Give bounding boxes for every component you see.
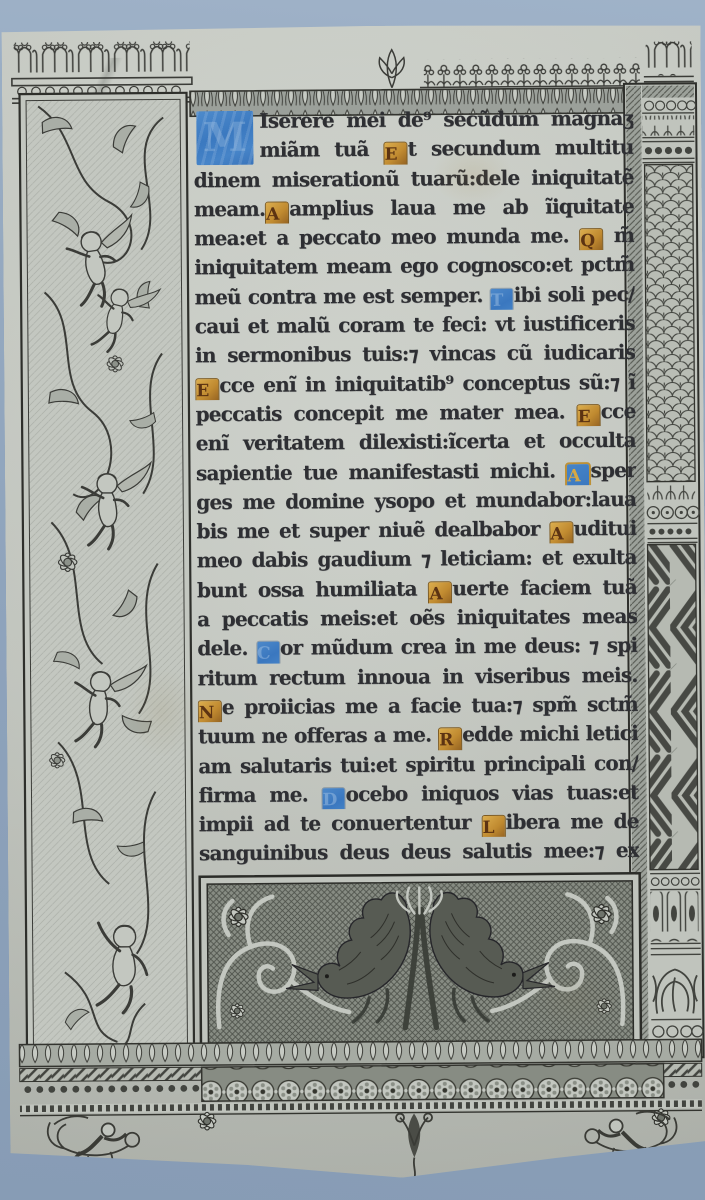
text-segment: t secundum multitu <box>407 135 633 161</box>
text-line: mea:et a peccato meo munda me. Q m̃ <box>194 221 634 254</box>
text-segment: amplius laua me ab ĩiquitate <box>289 194 634 221</box>
text-line: impii ad te conuertentur Libera me de <box>199 807 639 840</box>
text-segment: meũ contra me est semper. <box>195 283 490 309</box>
text-segment: sper <box>590 457 636 481</box>
text-line: Iserere mei de⁹ secũdum magnaʒ <box>193 104 633 137</box>
illuminated-initial: L <box>483 816 505 840</box>
text-line: bis me et super niuẽ dealbabor Auditui <box>196 514 636 547</box>
left-border-foliage-putti <box>18 91 196 1056</box>
text-line: firma me. Docebo iniquos vias tuas:et <box>198 778 638 811</box>
text-segment: bunt ossa humiliata <box>197 576 429 602</box>
text-line: ritum rectum innoua in viseribus meis. <box>197 660 637 693</box>
text-segment: ges me domine ysopo et mundabor:laua <box>196 487 636 514</box>
text-segment: cce <box>601 399 636 423</box>
text-segment: ibera me de <box>505 809 638 834</box>
center-drop-pendant <box>396 1113 433 1177</box>
text-line: a peccatis meis:et oẽs iniquitates meas <box>197 602 637 635</box>
text-segment: Iserere mei de⁹ secũdum magnaʒ <box>259 106 633 133</box>
illuminated-initial: E <box>196 379 218 400</box>
text-line: iniquitatem meam ego cognosco:et pctm̃ <box>194 250 634 283</box>
text-segment: peccatis concepit me mater mea. <box>195 399 576 426</box>
text-line: dinem miserationũ tuarũ:dele iniquitatẽ <box>194 162 634 195</box>
text-segment: am salutaris tui:et spiritu principali c… <box>198 750 638 777</box>
text-segment: dinem miserationũ tuarũ:dele iniquitatẽ <box>194 164 634 191</box>
text-segment: cce enĩ in iniquitatib⁹ conceptus sũ:⁊ ĩ <box>219 369 635 396</box>
text-segment: bis me et super niuẽ dealbabor <box>196 517 549 544</box>
illuminated-initial: N <box>199 701 221 722</box>
text-segment: uditui <box>573 516 636 540</box>
text-segment: firma me. <box>198 782 321 807</box>
text-line: sapientie tue manifestasti michi. Asper <box>196 455 636 488</box>
text-segment: ibi soli pec/ <box>514 282 635 307</box>
text-line: peccatis concepit me mater mea. Ecce <box>195 397 635 430</box>
text-segment: sanguinibus deus deus salutis mee:⁊ ex <box>199 838 639 865</box>
illuminated-initial: R <box>439 728 461 751</box>
text-segment: edde michi letici <box>462 721 638 746</box>
illuminated-initial: D <box>323 788 345 810</box>
text-line: sanguinibus deus deus salutis mee:⁊ ex <box>199 836 639 869</box>
text-line: in sermonibus tuis:⁊ vincas cũ iudicaris <box>195 338 635 371</box>
text-line: miãm tuã Et secundum multitu <box>193 133 633 166</box>
text-segment: m̃ <box>603 223 634 247</box>
text-segment: enĩ veritatem dilexisti:ĩcerta et occult… <box>196 428 636 455</box>
text-segment: mea:et a peccato meo munda me. <box>194 223 579 250</box>
text-segment: or mũdum crea in me deus: ⁊ spi <box>280 633 638 660</box>
text-segment: ritum rectum innoua in viseribus meis. <box>197 662 637 689</box>
text-line: ges me domine ysopo et mundabor:laua <box>196 485 636 518</box>
illuminated-initial: E <box>385 143 407 166</box>
text-segment: in sermonibus tuis:⁊ vincas cũ iudicaris <box>195 340 635 367</box>
illuminated-initial: C <box>257 642 279 664</box>
text-line: bunt ossa humiliata Auerte faciem tuã <box>197 573 637 606</box>
bottom-border-frieze <box>15 1037 705 1200</box>
text-segment: uerte faciem tuã <box>452 575 637 600</box>
manuscript-page: M Iserere mei de⁹ secũdum magnaʒmiãm tuã… <box>1 23 705 1180</box>
illuminated-initial: A <box>429 582 451 605</box>
text-line: meo dabis gaudium ⁊ leticiam: et exulta <box>197 543 637 576</box>
text-segment: caui et malũ coram te feci: vt iustifice… <box>195 311 635 338</box>
text-line: dele. Cor mũdum crea in me deus: ⁊ spi <box>197 631 637 664</box>
text-segment: tuum ne offeras a me. <box>198 723 438 749</box>
text-segment: iniquitatem meam ego cognosco:et pctm̃ <box>194 252 634 279</box>
text-line: tuum ne offeras a me. Redde michi letici <box>198 719 638 752</box>
text-segment: meam. <box>194 197 265 222</box>
text-segment: miãm tuã <box>259 137 383 162</box>
illuminated-initial: A <box>266 202 288 224</box>
text-line: am salutaris tui:et spiritu principali c… <box>198 748 638 781</box>
text-line: meũ contra me est semper. Tibi soli pec/ <box>194 280 634 313</box>
text-segment: a peccatis meis:et oẽs iniquitates meas <box>197 604 637 631</box>
text-line: Ne proiicias me a facie tua:⁊ spm̃ sctm̃ <box>198 690 638 723</box>
text-segment: impii ad te conuertentur <box>199 810 482 836</box>
photograph-of-manuscript-leaf: M Iserere mei de⁹ secũdum magnaʒmiãm tuã… <box>0 0 705 1200</box>
text-line: caui et malũ coram te feci: vt iustifice… <box>195 309 635 342</box>
text-segment: ocebo iniquos vias tuas:et <box>345 780 638 806</box>
psalm-text-block: M Iserere mei de⁹ secũdum magnaʒmiãm tuã… <box>193 104 639 873</box>
text-segment: sapientie tue manifestasti michi. <box>196 458 567 485</box>
text-segment: e proiicias me a facie tua:⁊ spm̃ sctm̃ <box>222 692 638 719</box>
bottom-dragon-panel <box>198 872 642 1053</box>
text-lines: Iserere mei de⁹ secũdum magnaʒmiãm tuã E… <box>193 104 639 869</box>
text-line: enĩ veritatem dilexisti:ĩcerta et occult… <box>196 426 636 459</box>
illuminated-initial: T <box>491 289 513 313</box>
text-line: meam.Aamplius laua me ab ĩiquitate <box>194 192 634 225</box>
text-segment: meo dabis gaudium ⁊ leticiam: et exulta <box>197 545 637 572</box>
text-line: Ecce enĩ in iniquitatib⁹ conceptus sũ:⁊ … <box>195 367 635 400</box>
text-segment: dele. <box>197 636 256 660</box>
